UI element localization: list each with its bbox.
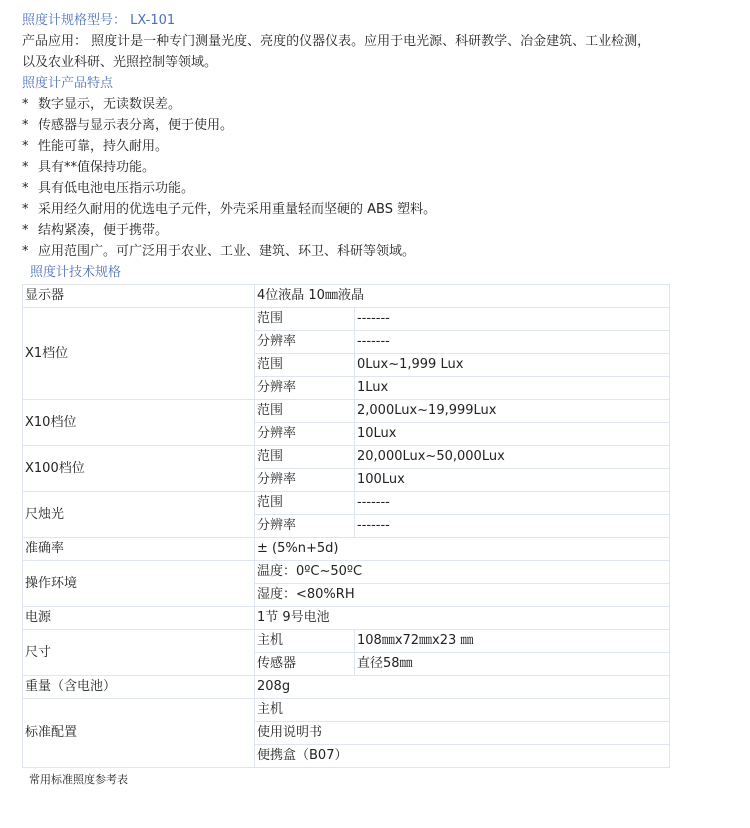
reference-table-caption: 常用标准照度参考表 <box>22 768 750 787</box>
row-value: 4位液晶 10㎜液晶 <box>255 285 670 308</box>
row-label: 准确率 <box>23 538 255 561</box>
feature-item: *数字显示，无读数误差。 <box>22 94 750 115</box>
bullet-star-icon: * <box>22 136 38 157</box>
row-label: X10档位 <box>23 400 255 446</box>
application-text-cont: 以及农业科研、光照控制等领域。 <box>22 52 750 73</box>
row-key: 范围 <box>255 492 355 515</box>
row-key: 主机 <box>255 630 355 653</box>
row-label: 电源 <box>23 607 255 630</box>
table-row-environment: 操作环境 温度：0ºC~50ºC <box>23 561 670 584</box>
table-row-size: 尺寸 主机 108㎜x72㎜x23 ㎜ <box>23 630 670 653</box>
row-value: ------- <box>355 492 670 515</box>
row-value: 0Lux~1,999 Lux <box>355 354 670 377</box>
application-text: 产品应用： 照度计是一种专门测量光度、亮度的仪器仪表。应用于电光源、科研教学、冶… <box>22 31 750 52</box>
row-key: 分辨率 <box>255 377 355 400</box>
row-value: 1Lux <box>355 377 670 400</box>
row-value: 使用说明书 <box>255 722 670 745</box>
row-value: ------- <box>355 331 670 354</box>
row-key: 范围 <box>255 400 355 423</box>
feature-item: *采用经久耐用的优选电子元件，外壳采用重量轻而坚硬的 ABS 塑料。 <box>22 199 750 220</box>
page-content: 照度计规格型号： LX-101 产品应用： 照度计是一种专门测量光度、亮度的仪器… <box>0 0 750 787</box>
row-key: 范围 <box>255 446 355 469</box>
row-key: 分辨率 <box>255 331 355 354</box>
model-heading: 照度计规格型号： LX-101 <box>22 10 750 31</box>
row-key: 传感器 <box>255 653 355 676</box>
row-value: 湿度：<80%RH <box>255 584 670 607</box>
features-heading: 照度计产品特点 <box>22 73 750 94</box>
table-row-x10: X10档位 范围 2,000Lux~19,999Lux <box>23 400 670 423</box>
feature-item: *性能可靠，持久耐用。 <box>22 136 750 157</box>
row-value: ± (5%n+5d) <box>255 538 670 561</box>
table-row-display: 显示器 4位液晶 10㎜液晶 <box>23 285 670 308</box>
row-label: 标准配置 <box>23 699 255 768</box>
bullet-star-icon: * <box>22 199 38 220</box>
row-label: 操作环境 <box>23 561 255 607</box>
bullet-star-icon: * <box>22 178 38 199</box>
feature-item: *具有低电池电压指示功能。 <box>22 178 750 199</box>
row-value: 2,000Lux~19,999Lux <box>355 400 670 423</box>
feature-item: *传感器与显示表分离，便于使用。 <box>22 115 750 136</box>
row-label: X1档位 <box>23 308 255 400</box>
spec-heading: 照度计技术规格 <box>22 262 750 283</box>
feature-item: *应用范围广。可广泛用于农业、工业、建筑、环卫、科研等领域。 <box>22 241 750 262</box>
row-label: 显示器 <box>23 285 255 308</box>
row-value: 1节 9号电池 <box>255 607 670 630</box>
row-key: 分辨率 <box>255 515 355 538</box>
row-label: 尺寸 <box>23 630 255 676</box>
bullet-star-icon: * <box>22 115 38 136</box>
row-value: 温度：0ºC~50ºC <box>255 561 670 584</box>
row-value: 208g <box>255 676 670 699</box>
row-label: 尺烛光 <box>23 492 255 538</box>
table-row-accuracy: 准确率 ± (5%n+5d) <box>23 538 670 561</box>
table-row-power: 电源 1节 9号电池 <box>23 607 670 630</box>
bullet-star-icon: * <box>22 220 38 241</box>
table-row-footcandle: 尺烛光 范围 ------- <box>23 492 670 515</box>
row-key: 范围 <box>255 354 355 377</box>
table-row-x100: X100档位 范围 20,000Lux~50,000Lux <box>23 446 670 469</box>
table-row-standard-config: 标准配置 主机 <box>23 699 670 722</box>
features-list: *数字显示，无读数误差。 *传感器与显示表分离，便于使用。 *性能可靠，持久耐用… <box>22 94 750 262</box>
row-key: 分辨率 <box>255 469 355 492</box>
row-value: 10Lux <box>355 423 670 446</box>
row-value: 20,000Lux~50,000Lux <box>355 446 670 469</box>
bullet-star-icon: * <box>22 94 38 115</box>
feature-item: *结构紧凑，便于携带。 <box>22 220 750 241</box>
row-value: 108㎜x72㎜x23 ㎜ <box>355 630 670 653</box>
row-value: 便携盒（B07） <box>255 745 670 768</box>
row-label: X100档位 <box>23 446 255 492</box>
feature-item: *具有**值保持功能。 <box>22 157 750 178</box>
table-row-x1: X1档位 范围 ------- <box>23 308 670 331</box>
bullet-star-icon: * <box>22 241 38 262</box>
bullet-star-icon: * <box>22 157 38 178</box>
row-value: 100Lux <box>355 469 670 492</box>
row-value: ------- <box>355 308 670 331</box>
row-value: 直径58㎜ <box>355 653 670 676</box>
row-value: ------- <box>355 515 670 538</box>
row-value: 主机 <box>255 699 670 722</box>
row-label: 重量（含电池） <box>23 676 255 699</box>
row-key: 分辨率 <box>255 423 355 446</box>
table-row-weight: 重量（含电池） 208g <box>23 676 670 699</box>
row-key: 范围 <box>255 308 355 331</box>
spec-table: 显示器 4位液晶 10㎜液晶 X1档位 范围 ------- 分辨率 -----… <box>22 284 670 768</box>
